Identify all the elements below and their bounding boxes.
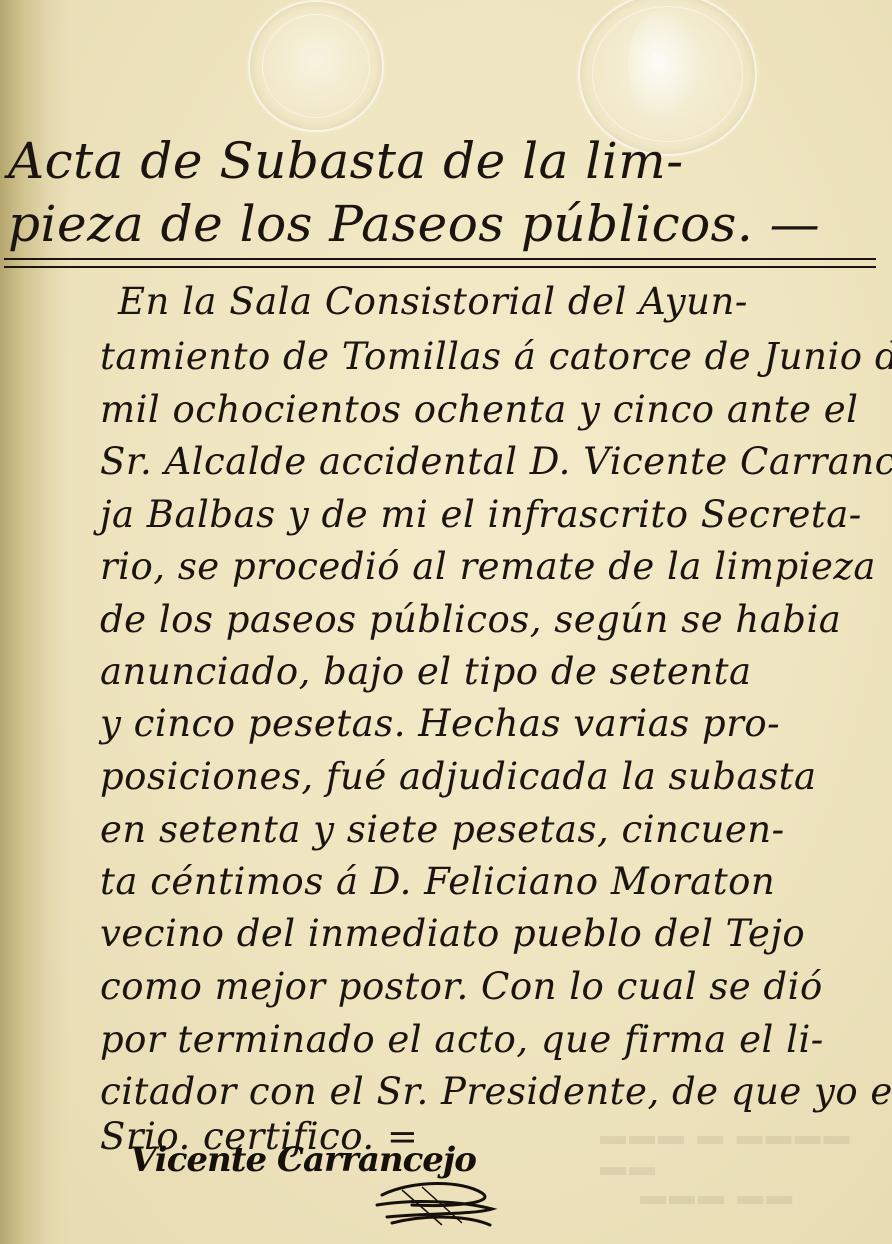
portrait-relief-icon — [628, 12, 700, 122]
body-line-14: como mejor postor. Con lo cual se dió — [100, 965, 823, 1008]
body-line-5: ja Balbas y de mi el infrascrito Secreta… — [100, 493, 862, 536]
body-line-13: vecino del inmediato pueblo del Tejo — [100, 912, 805, 955]
body-line-3: mil ochocientos ochenta y cinco ante el — [100, 388, 859, 431]
body-line-8: anunciado, bajo el tipo de setenta — [100, 650, 752, 693]
body-line-10: posiciones, fué adjudicada la subasta — [100, 755, 817, 798]
embossed-coat-of-arms-seal — [248, 0, 384, 132]
title-line-2: pieza de los Paseos públicos. — — [8, 195, 820, 253]
body-line-11: en setenta y siete pesetas, cincuen- — [100, 808, 785, 851]
body-line-12: ta céntimos á D. Feliciano Moraton — [100, 860, 775, 903]
body-line-4: Sr. Alcalde accidental D. Vicente Carran… — [100, 440, 892, 483]
bleed-through-text: ▬▬▬ ▬ ▬▬▬▬ ▬▬ — [600, 1120, 892, 1182]
body-line-7: de los paseos públicos, según se habia — [100, 598, 841, 641]
body-line-1: En la Sala Consistorial del Ayun- — [118, 280, 748, 323]
seal-ring — [262, 14, 370, 118]
title-underline-double — [4, 266, 876, 268]
body-line-16: citador con el Sr. Presidente, de que yo… — [100, 1070, 892, 1113]
signature: Vicente Carrancejo — [130, 1140, 476, 1180]
title-line-1: Acta de Subasta de la lim- — [8, 132, 684, 190]
body-line-9: y cinco pesetas. Hechas varias pro- — [100, 702, 780, 745]
body-line-2: tamiento de Tomillas á catorce de Junio … — [100, 335, 892, 378]
bleed-through-text: ▬▬▬ ▬▬ — [640, 1180, 795, 1211]
title-underline — [4, 258, 876, 260]
signature-rubric-icon — [372, 1175, 502, 1230]
manuscript-page: ▬▬▬ ▬ ▬▬▬▬ ▬▬ ▬▬▬ ▬▬ Acta de Subasta de … — [0, 0, 892, 1244]
body-line-6: rio, se procedió al remate de la limpiez… — [100, 545, 876, 588]
body-line-15: por terminado el acto, que firma el li- — [100, 1018, 824, 1061]
